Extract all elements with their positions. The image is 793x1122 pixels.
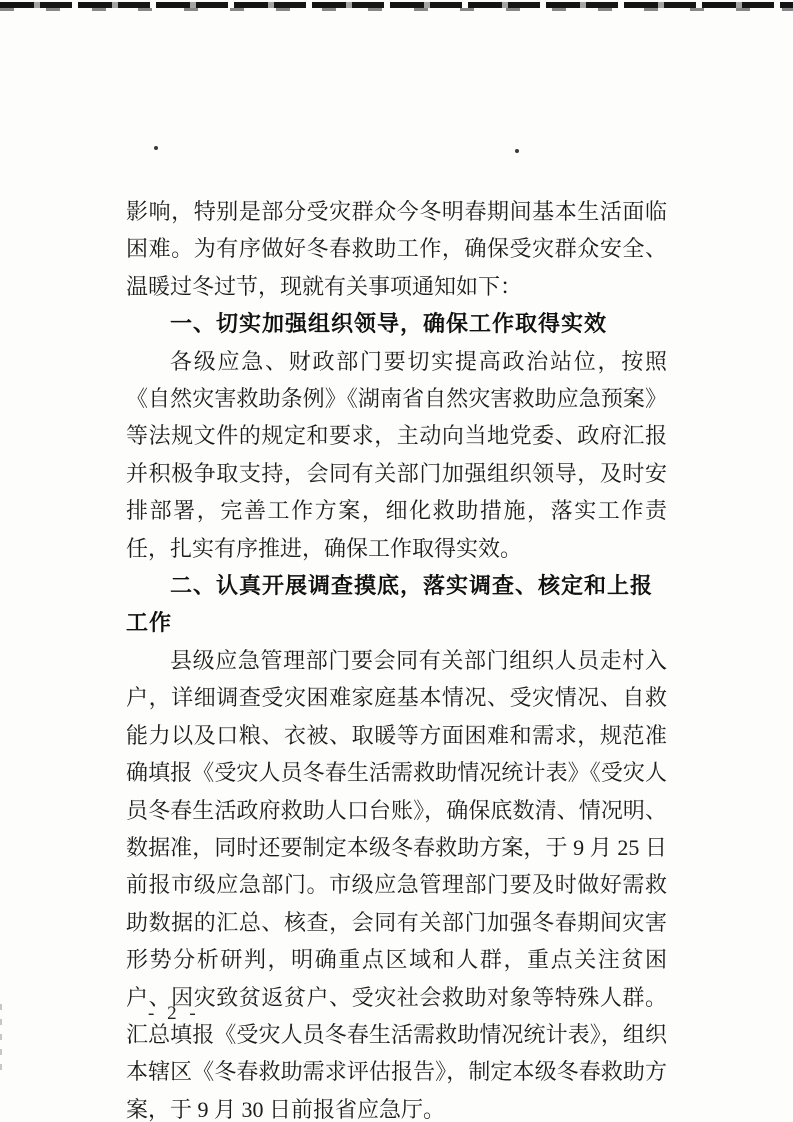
- document-body: 影响，特别是部分受灾群众今冬明春期间基本生活面临困难。为有序做好冬春救助工作，确…: [126, 193, 667, 1122]
- paragraph-section-2-body: 县级应急管理部门要会同有关部门组织人员走村入户，详细调查受灾困难家庭基本情况、受…: [126, 642, 667, 1122]
- section-heading-1: 一、切实加强组织领导，确保工作取得实效: [126, 305, 667, 342]
- page-number: - 2 -: [148, 1003, 197, 1025]
- scan-speck: [515, 149, 519, 153]
- paragraph-section-1-body: 各级应急、财政部门要切实提高政治站位，按照《自然灾害救助条例》《湖南省自然灾害救…: [126, 343, 667, 567]
- scan-artifact-left-edge: [0, 995, 2, 1070]
- scan-speck: [154, 146, 158, 150]
- paragraph-continuation: 影响，特别是部分受灾群众今冬明春期间基本生活面临困难。为有序做好冬春救助工作，确…: [126, 193, 667, 305]
- scan-artifact-top-edge: [0, 0, 793, 13]
- section-heading-2: 二、认真开展调查摸底，落实调查、核定和上报工作: [126, 567, 667, 642]
- document-page: 影响，特别是部分受灾群众今冬明春期间基本生活面临困难。为有序做好冬春救助工作，确…: [0, 0, 793, 1122]
